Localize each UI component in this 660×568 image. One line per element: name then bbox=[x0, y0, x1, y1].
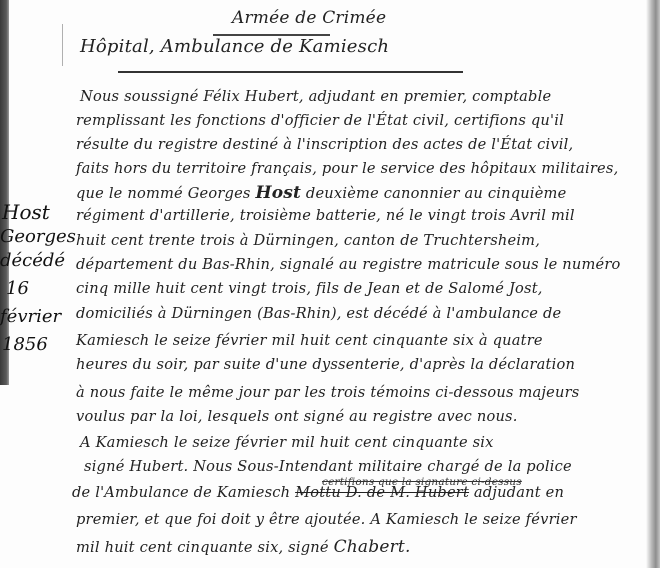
subtitle-underline bbox=[118, 71, 463, 73]
body-line-18: premier, et que foi doit y être ajoutée.… bbox=[76, 511, 577, 528]
margin-firstname: Georges bbox=[0, 226, 76, 247]
deceased-surname: Host bbox=[255, 183, 301, 203]
body-line-13: à nous faite le même jour par les trois … bbox=[76, 384, 579, 401]
margin-rule bbox=[62, 24, 63, 66]
body-line-5: que le nommé Georges Host deuxième canon… bbox=[76, 183, 566, 203]
body-line-10: domiciliés à Dürningen (Bas-Rhin), est d… bbox=[76, 305, 561, 322]
body-line-17: de l'Ambulance de Kamiesch Mottu D. de M… bbox=[72, 484, 564, 501]
margin-day: 16 bbox=[6, 278, 29, 299]
body-line-4: faits hors du territoire français, pour … bbox=[76, 160, 618, 177]
body-line-5-end: deuxième canonnier au cinquième bbox=[301, 185, 566, 202]
body-line-17-start: de l'Ambulance de Kamiesch bbox=[72, 484, 295, 501]
document-subtitle: Hôpital, Ambulance de Kamiesch bbox=[80, 36, 389, 57]
struck-text: Mottu D. de M. Hubert bbox=[295, 484, 469, 501]
body-line-11: Kamiesch le seize février mil huit cent … bbox=[76, 332, 543, 349]
body-line-14: voulus par la loi, lesquels ont signé au… bbox=[76, 408, 518, 425]
body-line-6: régiment d'artillerie, troisième batteri… bbox=[76, 207, 575, 224]
margin-deceased: décédé bbox=[0, 250, 65, 271]
body-line-5-start: que le nommé Georges bbox=[76, 185, 255, 202]
body-line-19: mil huit cent cinquante six, signé Chabe… bbox=[76, 537, 411, 557]
body-line-19-start: mil huit cent cinquante six, signé bbox=[76, 539, 334, 556]
body-line-8: département du Bas-Rhin, signalé au regi… bbox=[76, 256, 620, 273]
binding-shadow bbox=[0, 0, 9, 385]
margin-surname: Host bbox=[2, 200, 50, 224]
body-line-15: A Kamiesch le seize février mil huit cen… bbox=[80, 434, 494, 451]
body-line-1: Nous soussigné Félix Hubert, adjudant en… bbox=[80, 88, 551, 105]
margin-month: février bbox=[0, 306, 61, 327]
body-line-16: signé Hubert. Nous Sous-Intendant milita… bbox=[84, 458, 572, 475]
body-line-9: cinq mille huit cent vingt trois, fils d… bbox=[76, 280, 543, 297]
page-edge-shadow bbox=[646, 0, 660, 568]
body-line-7: huit cent trente trois à Dürningen, cant… bbox=[76, 232, 540, 249]
body-line-3: résulte du registre destiné à l'inscript… bbox=[76, 136, 573, 153]
final-signature: Chabert. bbox=[334, 537, 411, 557]
body-line-17-end: adjudant en bbox=[469, 484, 564, 501]
body-line-12: heures du soir, par suite d'une dyssente… bbox=[76, 356, 575, 373]
body-line-2: remplissant les fonctions d'officier de … bbox=[76, 112, 564, 129]
margin-year: 1856 bbox=[2, 334, 48, 355]
document-page: Armée de Crimée Hôpital, Ambulance de Ka… bbox=[0, 0, 660, 568]
document-title: Armée de Crimée bbox=[232, 8, 386, 28]
